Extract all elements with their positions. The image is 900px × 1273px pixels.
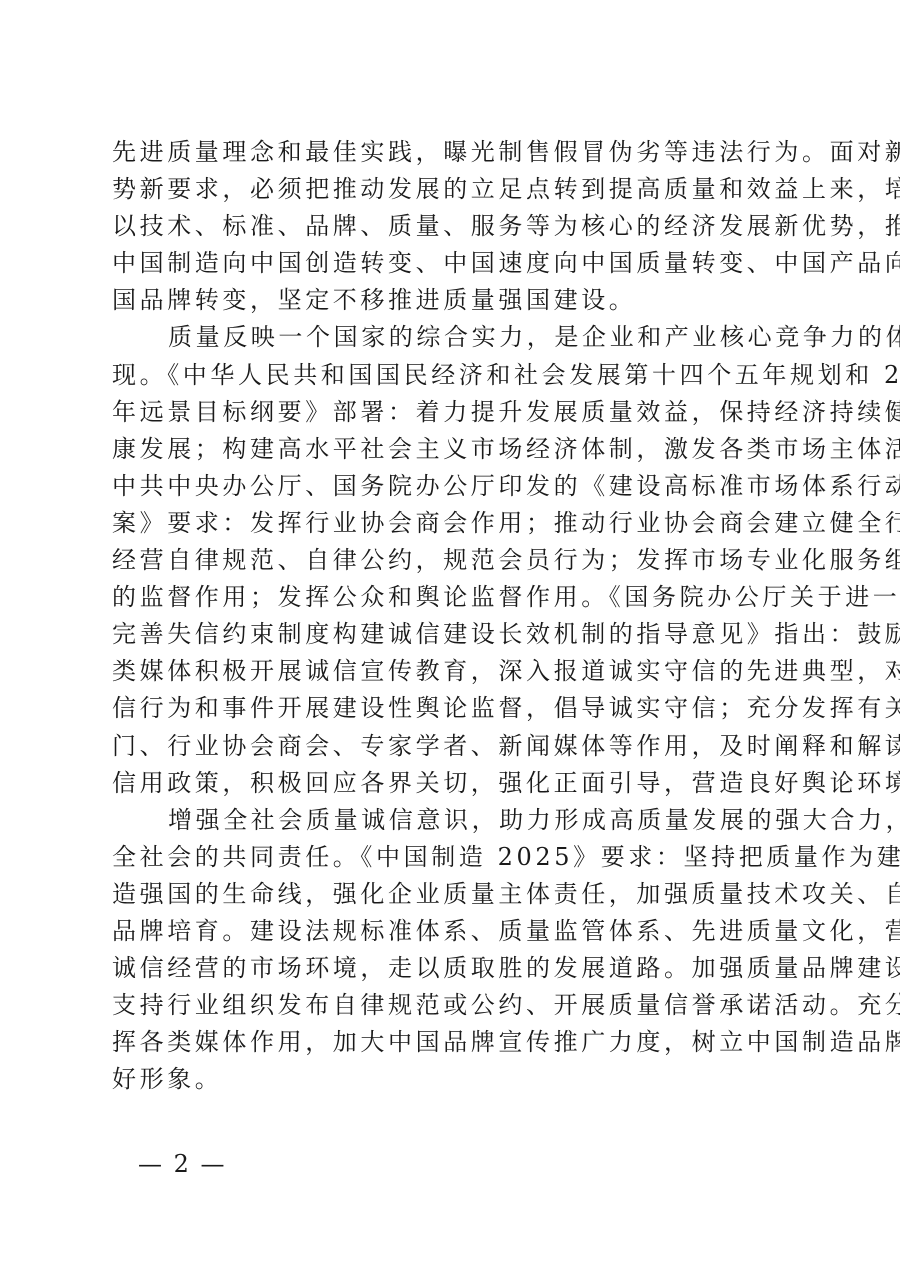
text-line: 中共中央办公厅、国务院办公厅印发的《建设高标准市场体系行动方 [112,468,788,505]
text-line: 全社会的共同责任。《中国制造 2025》要求：坚持把质量作为建设制 [112,839,788,876]
text-line: 类媒体积极开展诚信宣传教育，深入报道诚实守信的先进典型，对失 [112,653,788,690]
text-line: 国品牌转变，坚定不移推进质量强国建设。 [112,282,788,319]
document-page: 先进质量理念和最佳实践，曝光制售假冒伪劣等违法行为。面对新形 势新要求，必须把推… [112,134,788,1098]
text-line: 现。《中华人民共和国国民经济和社会发展第十四个五年规划和 2035 [112,357,788,394]
text-line: 好形象。 [112,1061,788,1098]
text-line: 完善失信约束制度构建诚信建设长效机制的指导意见》指出：鼓励各 [112,616,788,653]
text-line: 门、行业协会商会、专家学者、新闻媒体等作用，及时阐释和解读 [112,728,788,765]
text-line-indented: 质量反映一个国家的综合实力，是企业和产业核心竞争力的体 [112,319,788,356]
text-line: 支持行业组织发布自律规范或公约、开展质量信誉承诺活动。充分发 [112,987,788,1024]
paragraph-3: 增强全社会质量诚信意识，助力形成高质量发展的强大合力，是 全社会的共同责任。《中… [112,802,788,1099]
text-line: 年远景目标纲要》部署：着力提升发展质量效益，保持经济持续健 [112,394,788,431]
text-line: 案》要求：发挥行业协会商会作用；推动行业协会商会建立健全行业 [112,505,788,542]
text-line: 康发展；构建高水平社会主义市场经济体制，激发各类市场主体活力。 [112,431,788,468]
page-number: — 2 — [138,1150,227,1178]
text-line: 信行为和事件开展建设性舆论监督，倡导诚实守信；充分发挥有关部 [112,690,788,727]
text-line: 诚信经营的市场环境，走以质取胜的发展道路。加强质量品牌建设。 [112,950,788,987]
paragraph-1: 先进质量理念和最佳实践，曝光制售假冒伪劣等违法行为。面对新形 势新要求，必须把推… [112,134,788,319]
text-line: 的监督作用；发挥公众和舆论监督作用。《国务院办公厅关于进一步 [112,579,788,616]
text-line: 中国制造向中国创造转变、中国速度向中国质量转变、中国产品向中 [112,245,788,282]
text-line: 以技术、标准、品牌、质量、服务等为核心的经济发展新优势，推动 [112,208,788,245]
text-line: 品牌培育。建设法规标准体系、质量监管体系、先进质量文化，营造 [112,913,788,950]
text-line-indented: 增强全社会质量诚信意识，助力形成高质量发展的强大合力，是 [112,802,788,839]
text-line: 经营自律规范、自律公约，规范会员行为；发挥市场专业化服务组织 [112,542,788,579]
text-line: 势新要求，必须把推动发展的立足点转到提高质量和效益上来，培育 [112,171,788,208]
text-line: 先进质量理念和最佳实践，曝光制售假冒伪劣等违法行为。面对新形 [112,134,788,171]
text-line: 造强国的生命线，强化企业质量主体责任，加强质量技术攻关、自主 [112,876,788,913]
text-line: 挥各类媒体作用，加大中国品牌宣传推广力度，树立中国制造品牌良 [112,1024,788,1061]
paragraph-2: 质量反映一个国家的综合实力，是企业和产业核心竞争力的体 现。《中华人民共和国国民… [112,319,788,801]
text-line: 信用政策，积极回应各界关切，强化正面引导，营造良好舆论环境。 [112,765,788,802]
